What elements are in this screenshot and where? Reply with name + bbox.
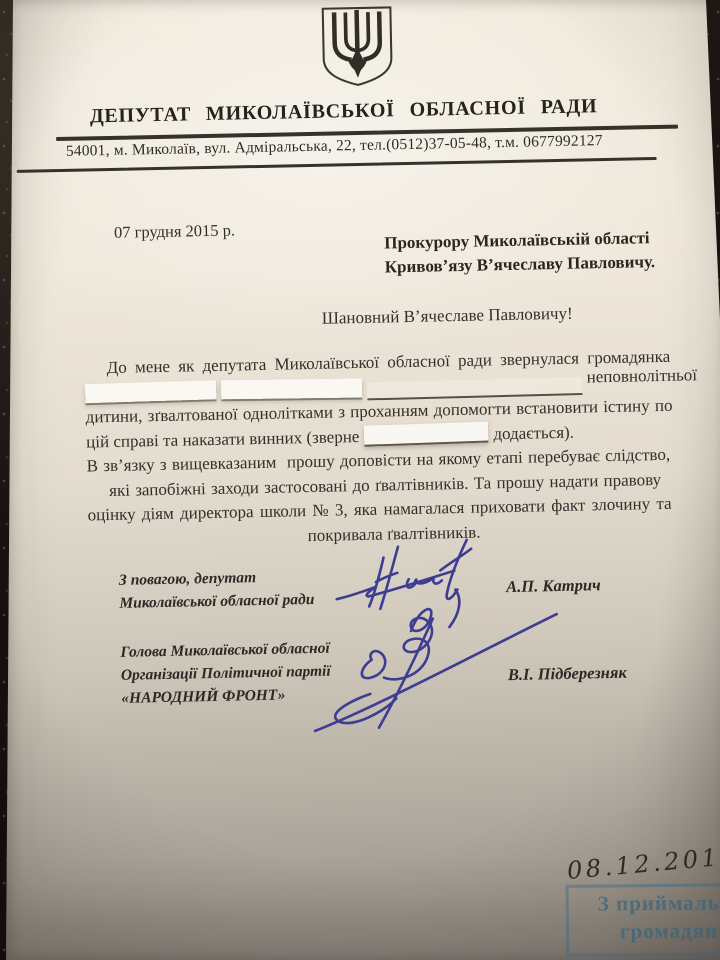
letterhead-title: ДЕПУТАТ МИКОЛАЇВСЬКОЇ ОБЛАСНОЇ РАДИ bbox=[0, 93, 694, 130]
letter-paper: ДЕПУТАТ МИКОЛАЇВСЬКОЇ ОБЛАСНОЇ РАДИ 5400… bbox=[0, 0, 720, 960]
letter-date: 07 грудня 2015 р. bbox=[114, 220, 235, 242]
letter-content: ДЕПУТАТ МИКОЛАЇВСЬКОЇ ОБЛАСНОЇ РАДИ 5400… bbox=[0, 0, 720, 960]
body-line-4-before: цій справі та наказати винних (зверне bbox=[86, 427, 360, 451]
addressee-line: Кривов’язу В’ячеславу Павловичу. bbox=[385, 250, 656, 279]
signature2-title-line: «НАРОДНИЙ ФРОНТ» bbox=[121, 683, 331, 710]
signature2-title-line: Організації Політичної партії bbox=[121, 660, 331, 687]
handwritten-received-date: 08.12.2015 bbox=[566, 842, 720, 885]
redaction-strip bbox=[221, 379, 362, 400]
signature2-title: Голова Миколаївської обласної Організаці… bbox=[120, 637, 331, 710]
body-line-4-after: додається). bbox=[493, 422, 574, 443]
photographed-letter: ДЕПУТАТ МИКОЛАЇВСЬКОЇ ОБЛАСНОЇ РАДИ 5400… bbox=[0, 0, 720, 960]
salutation: Шановний В’ячеславе Павловичу! bbox=[322, 304, 573, 329]
signature2-name: В.І. Підберезняк bbox=[508, 663, 627, 685]
signature1-title: З повагою, депутат Миколаївської обласно… bbox=[119, 565, 315, 615]
signature1-title-line: Миколаївської обласної ради bbox=[119, 588, 314, 615]
addressee-block: Прокурору Миколаївській області Кривов’я… bbox=[384, 226, 655, 279]
redaction-strip bbox=[85, 380, 217, 403]
stamp-line: З приймальні bbox=[569, 888, 720, 918]
body-line-2-tail: неповнолітньої bbox=[586, 363, 697, 390]
stamp-line: громадян bbox=[569, 916, 720, 946]
ukrainian-trident-emblem-icon bbox=[318, 4, 396, 88]
redaction-strip bbox=[364, 421, 489, 446]
reception-office-stamp: З приймальні громадян bbox=[566, 883, 720, 957]
letter-body: До мене як депутата Миколаївської обласн… bbox=[84, 344, 700, 552]
